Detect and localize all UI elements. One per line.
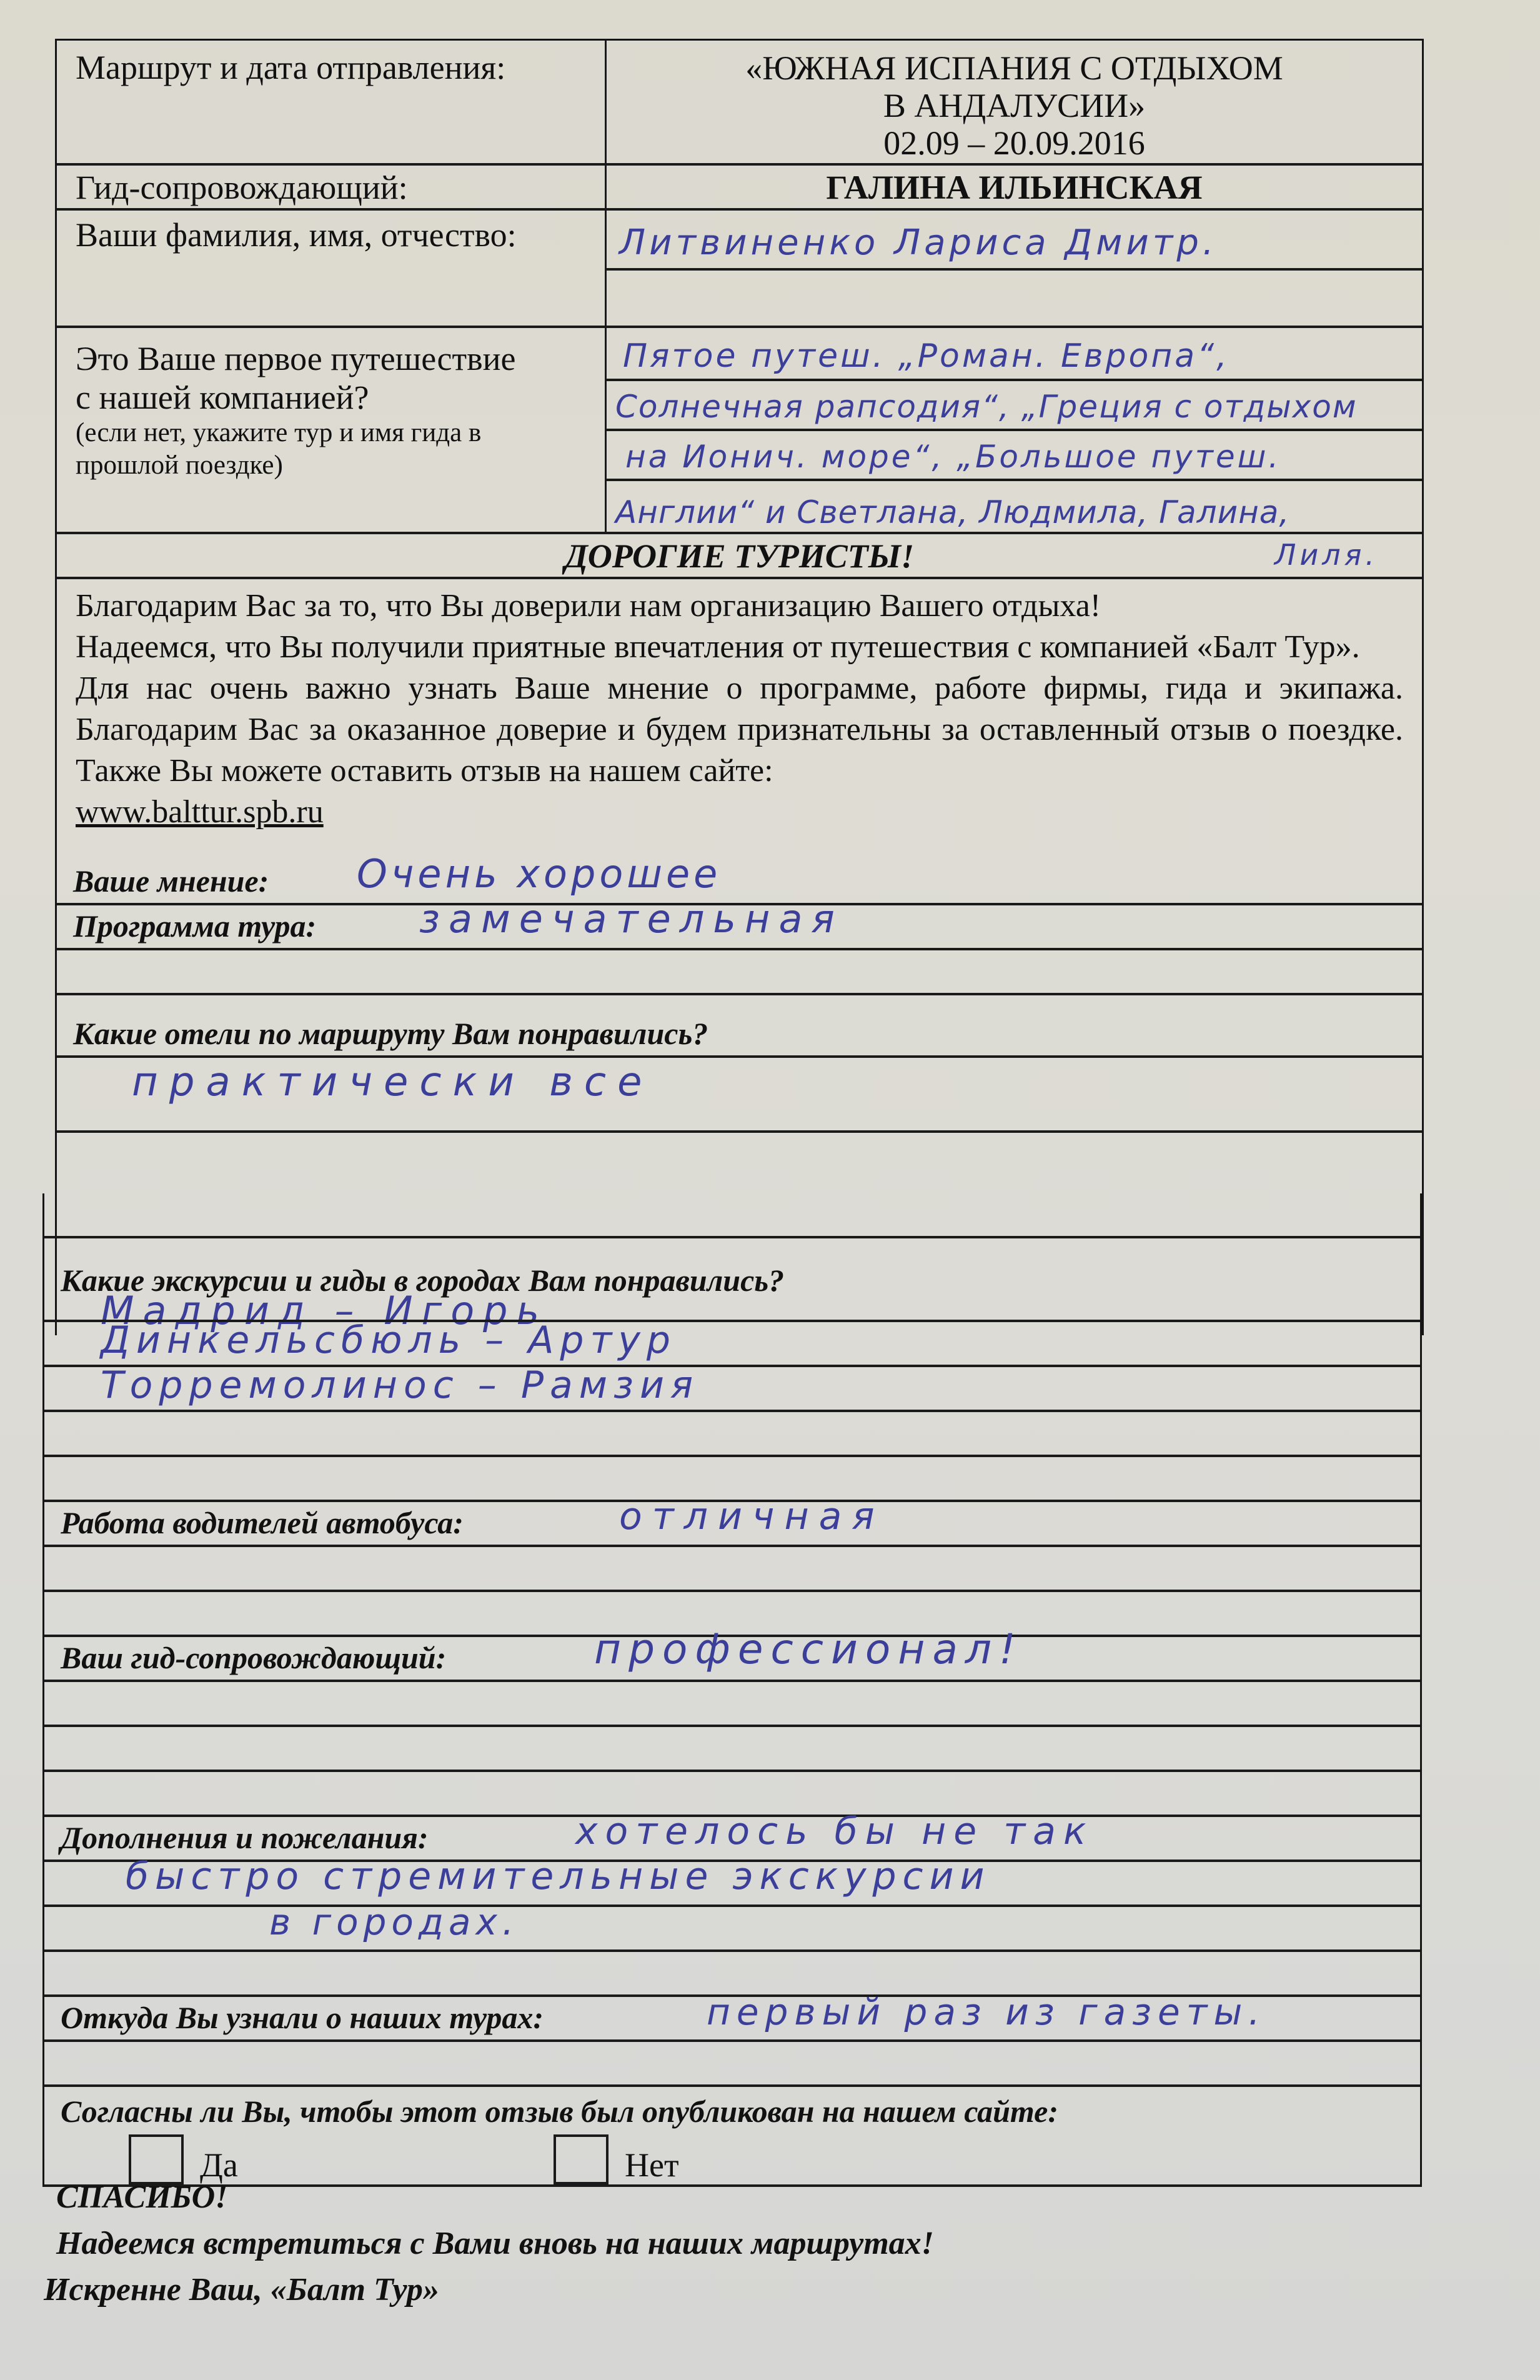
first-trip-hint-line2: прошлой поездке) [76, 449, 592, 482]
tour-guide-label: Ваш гид-сопровождающий: [61, 1640, 446, 1676]
wishes-row-3[interactable]: в городах. [44, 1907, 1420, 1952]
first-trip-row: Это Ваше первое путешествие с нашей комп… [57, 328, 1422, 534]
greeting-title-row: ДОРОГИЕ ТУРИСТЫ! Лиля. [57, 534, 1422, 579]
wishes-label: Дополнения и пожелания: [61, 1820, 429, 1856]
wishes-answer-3: в городах. [269, 1901, 519, 1943]
greeting-p2: Надеемся, что Вы получили приятные впеча… [57, 627, 1422, 668]
guide-row: Гид-сопровождающий: ГАЛИНА ИЛЬИНСКАЯ [57, 166, 1422, 211]
website-link[interactable]: www.balttur.spb.ru [57, 792, 1422, 833]
source-answer: первый раз из газеты. [707, 1991, 1266, 2033]
drivers-label: Работа водителей автобуса: [61, 1505, 464, 1541]
route-title-line1: «ЮЖНАЯ ИСПАНИЯ С ОТДЫХОМ [607, 49, 1422, 87]
first-trip-line-3[interactable]: на Ионич. море“, „Большое путеш. [607, 431, 1422, 481]
fio-label: Ваши фамилия, имя, отчество: [57, 211, 607, 326]
first-trip-answer-3: на Ионич. море“, „Большое путеш. [625, 439, 1281, 475]
footer-signature: Искренне Ваш, «Балт Тур» [44, 2267, 934, 2313]
greeting-title: ДОРОГИЕ ТУРИСТЫ! [57, 534, 1422, 575]
excursions-answer-3: Торремолинос – Рамзия [101, 1363, 699, 1407]
fio-value: Литвиненко Лариса Дмитр. [619, 222, 1218, 263]
excursions-label-row: Какие экскурсии и гиды в городах Вам пон… [44, 1238, 1420, 1320]
fio-field[interactable]: Литвиненко Лариса Дмитр. [607, 211, 1422, 326]
wishes-answer-2: быстро стремительные экскурсии [126, 1855, 991, 1898]
excursions-top-line [44, 1193, 1420, 1238]
hotels-answer: практически все [132, 1059, 653, 1105]
greeting-p3: Для нас очень важно узнать Ваше мнение о… [57, 668, 1422, 792]
footer-thanks: СПАСИБО! [56, 2174, 934, 2221]
greeting-p1: Благодарим Вас за то, что Вы доверили на… [57, 579, 1422, 627]
first-trip-answer-4: Англии“ и Светлана, Людмила, Галина, [615, 494, 1289, 530]
opinion-label: Ваше мнение: [73, 863, 269, 899]
opinion-answer: Очень хорошее [357, 851, 721, 897]
program-answer: замечательная [419, 896, 843, 942]
hotels-label-row: Какие отели по маршруту Вам понравились? [57, 995, 1422, 1058]
route-value: «ЮЖНАЯ ИСПАНИЯ С ОТДЫХОМ В АНДАЛУСИИ» 02… [607, 41, 1422, 163]
excursions-answer-2: Динкельсбюль – Артур [101, 1318, 677, 1362]
publish-row: Согласны ли Вы, чтобы этот отзыв был опу… [44, 2087, 1420, 2187]
program-row[interactable]: Программа тура: замечательная [57, 905, 1422, 950]
drivers-row[interactable]: Работа водителей автобуса: отличная [44, 1502, 1420, 1547]
excursions-row-2[interactable]: Динкельсбюль – Артур [44, 1322, 1420, 1367]
route-row: Маршрут и дата отправления: «ЮЖНАЯ ИСПАН… [57, 41, 1422, 166]
first-trip-hint-line1: (если нет, укажите тур и имя гида в [76, 417, 592, 449]
feedback-form: Маршрут и дата отправления: «ЮЖНАЯ ИСПАН… [55, 39, 1424, 1335]
program-label: Программа тура: [73, 908, 316, 944]
fio-line-1[interactable]: Литвиненко Лариса Дмитр. [607, 211, 1422, 271]
hotels-extra-row[interactable] [57, 1133, 1422, 1177]
tour-guide-extra-1[interactable] [44, 1682, 1420, 1727]
first-trip-line-4[interactable]: Англии“ и Светлана, Людмила, Галина, [607, 481, 1422, 534]
guide-name: ГАЛИНА ИЛЬИНСКАЯ [607, 166, 1422, 208]
source-label: Откуда Вы узнали о наших турах: [61, 1999, 544, 2036]
footer-hope: Надеемся встретиться с Вами вновь на наш… [56, 2221, 934, 2267]
program-row-extra[interactable] [57, 950, 1422, 995]
source-row[interactable]: Откуда Вы узнали о наших турах: первый р… [44, 1997, 1420, 2042]
first-trip-answer-2: Солнечная рапсодия“, „Греция с отдыхом [615, 389, 1358, 425]
first-trip-answer-1: Пятое путеш. „Роман. Европа“, [623, 337, 1230, 375]
tour-guide-extra-2[interactable] [44, 1727, 1420, 1772]
fio-line-2[interactable] [607, 271, 1422, 326]
wishes-answer-1: хотелось бы не так [575, 1810, 1093, 1853]
tour-guide-row[interactable]: Ваш гид-сопровождающий: профессионал! [44, 1637, 1420, 1682]
first-trip-label: Это Ваше первое путешествие с нашей комп… [57, 328, 607, 532]
feedback-form-lower: Какие экскурсии и гиды в городах Вам пон… [42, 1193, 1422, 2187]
drivers-extra-1[interactable] [44, 1547, 1420, 1592]
first-trip-answer-overflow: Лиля. [1274, 538, 1378, 572]
first-trip-field[interactable]: Пятое путеш. „Роман. Европа“, Солнечная … [607, 328, 1422, 532]
hotels-label: Какие отели по маршруту Вам понравились? [73, 1015, 708, 1052]
publish-label: Согласны ли Вы, чтобы этот отзыв был опу… [61, 2093, 1058, 2129]
fio-row: Ваши фамилия, имя, отчество: Литвиненко … [57, 211, 1422, 328]
first-trip-label-line2: с нашей компанией? [76, 378, 592, 417]
hotels-answer-row[interactable]: практически все [57, 1058, 1422, 1133]
wishes-row-2[interactable]: быстро стремительные экскурсии [44, 1862, 1420, 1907]
route-label: Маршрут и дата отправления: [57, 41, 607, 163]
excursions-row-4[interactable] [44, 1412, 1420, 1457]
excursions-row-3[interactable]: Торремолинос – Рамзия [44, 1367, 1420, 1412]
route-dates: 02.09 – 20.09.2016 [607, 124, 1422, 162]
guide-label: Гид-сопровождающий: [57, 166, 607, 208]
drivers-answer: отличная [619, 1495, 885, 1538]
first-trip-line-2[interactable]: Солнечная рапсодия“, „Греция с отдыхом [607, 381, 1422, 431]
first-trip-line-1[interactable]: Пятое путеш. „Роман. Европа“, [607, 328, 1422, 381]
source-extra[interactable] [44, 2042, 1420, 2087]
route-title-line2: В АНДАЛУСИИ» [607, 87, 1422, 124]
footer: СПАСИБО! Надеемся встретиться с Вами вно… [44, 2174, 934, 2313]
tour-guide-answer: профессионал! [594, 1625, 1023, 1673]
first-trip-label-line1: Это Ваше первое путешествие [76, 339, 592, 378]
